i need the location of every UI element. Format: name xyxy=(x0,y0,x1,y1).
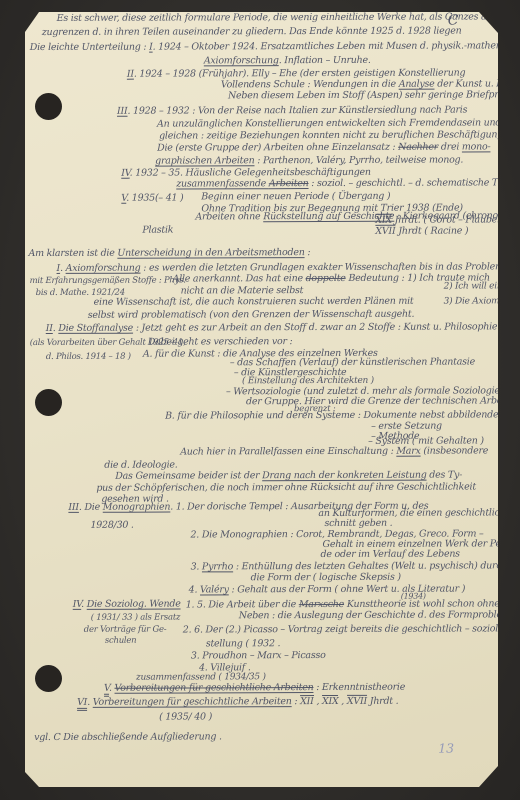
handwritten-text: 4. xyxy=(189,584,200,595)
handwritten-text: des Ty- xyxy=(427,470,463,481)
handwritten-text: Analyse xyxy=(399,79,435,90)
handwritten-line: 2) Ich will einen xyxy=(444,282,513,292)
handwritten-line: 3) Die Axiomatik xyxy=(444,297,516,307)
handwritten-line: V. Vorbereitungen für geschichtliche Arb… xyxy=(104,683,405,694)
handwritten-text: Das Gemeinsame beider ist der xyxy=(115,470,262,482)
handwritten-line: der Vorträge für Ge- xyxy=(84,626,167,636)
page-number: 13 xyxy=(438,742,454,756)
handwritten-text: II xyxy=(46,323,53,334)
handwritten-line: Dabei geht es verschieden vor : xyxy=(148,337,293,348)
photograph-background: C 13 Es ist schwer, diese zeitlich formu… xyxy=(0,0,520,800)
handwritten-text: Pyrrho xyxy=(202,561,233,572)
handwritten-text: (insbesondere xyxy=(421,445,489,456)
handwritten-text: Die Stoffanalyse xyxy=(58,323,133,334)
handwritten-text: . Inflation – Unruhe. xyxy=(279,55,371,66)
handwritten-line: zusammenfassende Arbeiten : soziol. – ge… xyxy=(176,178,520,190)
handwritten-text: drei xyxy=(438,142,462,153)
handwritten-line: Alle anerkannt. Das hat eine doppelte Be… xyxy=(173,273,490,285)
handwritten-text: III xyxy=(117,106,128,117)
handwritten-text: Neben diesem Leben im Stoff (Aspen) sehr… xyxy=(228,89,520,101)
handwritten-line: Das Gemeinsame beider ist der Drang nach… xyxy=(115,471,462,483)
handwritten-line: graphischen Arbeiten : Parthenon, Valéry… xyxy=(155,156,463,168)
handwritten-text: , xyxy=(314,696,322,707)
handwritten-text: : Gehalt aus der Form ( ohne Wert u. als… xyxy=(229,584,465,596)
handwritten-line: der Gruppe. Hier wird die Grenze der tec… xyxy=(246,396,509,407)
handwritten-text: 1. 5. Die Arbeit über die xyxy=(186,599,299,610)
handwritten-text: Alle anerkannt. Das hat eine xyxy=(173,273,306,284)
handwritten-line: An unzulänglichen Konstellierungen entwi… xyxy=(157,118,520,130)
handwritten-text: 2) Ich will einen xyxy=(444,281,513,291)
handwritten-text: : Enthüllung des letzten Gehaltes (Welt … xyxy=(233,560,507,572)
handwritten-line: IV. Die Soziolog. Wende xyxy=(73,600,181,611)
handwritten-text: schulen xyxy=(105,636,137,646)
handwritten-text: : xyxy=(292,696,301,707)
handwritten-text: Arbeiten xyxy=(269,178,309,189)
handwritten-text: ( 1935/ 40 ) xyxy=(159,711,212,722)
handwritten-line: Es ist schwer, diese zeitlich formulare … xyxy=(57,12,496,24)
handwritten-text: : Jetzt geht es zur Arbeit an den Stoff … xyxy=(133,321,497,333)
handwritten-line: Axiomforschung. Inflation – Unruhe. xyxy=(204,56,371,67)
handwritten-text: eine Wissenschaft ist, die auch konstrui… xyxy=(94,296,414,308)
handwritten-text: XVII xyxy=(347,695,367,707)
handwritten-text: Nachher xyxy=(398,142,438,153)
handwritten-line: die Form der ( logische Skepsis ) xyxy=(251,573,401,584)
handwritten-text: Vollendens Schule : Wendungen in die xyxy=(221,79,399,91)
handwritten-text: gleichen : zeitige Beziehungen konnten n… xyxy=(159,129,514,141)
handwritten-text: Neben : die Auslegung der Geschichte d. … xyxy=(239,609,515,621)
handwritten-line: Neben : die Auslegung der Geschichte d. … xyxy=(239,610,515,621)
handwritten-text: ( 1931/ 33 ) als Ersatz xyxy=(91,613,180,623)
handwritten-text: schnitt geben . xyxy=(324,518,392,529)
handwritten-text: selbst wird problematisch (von den Grenz… xyxy=(88,309,415,321)
handwritten-text: Arbeiten ohne xyxy=(195,211,263,222)
handwritten-text: Plastik xyxy=(142,225,173,236)
handwritten-text: stellung ( 1932 . xyxy=(206,638,280,649)
handwritten-text: . 1928 – 1932 : Von der Reise nach Itali… xyxy=(127,105,467,117)
manuscript-page: C 13 Es ist schwer, diese zeitlich formu… xyxy=(25,12,498,787)
handwritten-line: Auch hier in Parallelfassen eine Einscha… xyxy=(180,446,488,458)
handwritten-text: III xyxy=(68,502,79,513)
handwritten-line: Die (erste Gruppe der) Arbeiten ohne Ein… xyxy=(157,142,490,154)
handwritten-line: ( 1931/ 33 ) als Ersatz xyxy=(91,614,180,624)
handwritten-text: der Gruppe. Hier wird die Grenze der tec… xyxy=(246,395,509,407)
handwritten-text: zusammenfassend ( 1934/35 ) xyxy=(136,672,266,682)
handwritten-text: 3. Proudhon – Marx – Picasso xyxy=(191,650,326,661)
handwritten-text: : Parthenon, Valéry, Pyrrho, teilweise m… xyxy=(254,155,463,167)
handwritten-text: Am klarsten ist die xyxy=(28,248,117,259)
handwritten-text: zugrenzen d. in ihren Teilen auseinander… xyxy=(42,26,462,38)
handwritten-text: pus der Schöpferischen, die noch immer o… xyxy=(96,481,476,493)
handwritten-text: mono- xyxy=(462,141,491,152)
handwritten-text: Valéry xyxy=(200,584,229,595)
handwritten-text: Marx xyxy=(396,446,420,457)
handwritten-text: Vorbereitungen für geschichtliche Arbeit… xyxy=(114,682,313,694)
handwritten-line: Plastik xyxy=(142,226,173,237)
handwritten-line: 2. 6. Der (2.) Picasso – Vortrag zeigt b… xyxy=(183,624,520,636)
handwritten-line: XVII Jhrdt ( Racine ) xyxy=(375,227,468,238)
handwritten-text: de oder im Verlauf des Lebens xyxy=(321,549,460,560)
handwritten-line: Beginn einer neuen Periode ( Übergang ) xyxy=(201,192,390,203)
handwritten-text: Auch hier in Parallelfassen eine Einscha… xyxy=(180,446,396,458)
handwritten-text: XII xyxy=(300,695,314,707)
handwritten-text: zusammenfassende xyxy=(176,178,269,189)
handwritten-text: der Kunst u. Philo. – xyxy=(434,78,520,89)
handwritten-line: pus der Schöpferischen, die noch immer o… xyxy=(96,482,476,494)
handwritten-line: 3. Proudhon – Marx – Picasso xyxy=(191,651,326,662)
handwritten-text: Jhrdt ( Racine ) xyxy=(396,226,469,237)
handwritten-text: Die (erste Gruppe der) Arbeiten ohne Ein… xyxy=(157,142,398,154)
handwritten-line: III. 1928 – 1932 : Von der Reise nach It… xyxy=(117,106,467,118)
handwritten-text: Monographien xyxy=(103,502,171,513)
handwritten-line: Neben diesem Leben im Stoff (Aspen) sehr… xyxy=(228,90,520,101)
handwritten-line: Die leichte Unterteilung : I. 1924 – Okt… xyxy=(30,41,508,53)
handwritten-text: die d. Ideologie. xyxy=(104,460,177,471)
handwritten-text: . 1932 – 35. Häusliche Gelegenheitsbesch… xyxy=(130,167,371,179)
handwritten-text: Jhrdt . xyxy=(367,696,398,707)
handwritten-line: eine Wissenschaft ist, die auch konstrui… xyxy=(94,297,414,309)
handwritten-text: die Form der ( logische Skepsis ) xyxy=(251,572,401,584)
handwritten-text: : Erkenntnistheorie xyxy=(313,682,405,693)
handwritten-text: d. Philos. 1914 – 18 ) xyxy=(46,352,131,362)
handwritten-text: Kunsttheorie ist wohl schon ohne xyxy=(344,598,500,610)
handwritten-line: d. Philos. 1914 – 18 ) xyxy=(46,353,131,363)
handwritten-line: VI. Vorbereitungen für geschichtliche Ar… xyxy=(77,697,398,709)
handwritten-text: Beginn einer neuen Periode ( Übergang ) xyxy=(201,191,390,203)
handwritten-text: Axiomforschung xyxy=(204,55,279,66)
handwritten-text: Jhrdt. ( Corot – Flaubert ) xyxy=(392,214,511,225)
handwritten-text: Es ist schwer, diese zeitlich formulare … xyxy=(57,11,496,24)
handwritten-line: selbst wird problematisch (von den Grenz… xyxy=(88,310,415,322)
handwritten-line: gleichen : zeitige Beziehungen konnten n… xyxy=(159,130,514,142)
handwritten-text: XVII xyxy=(375,225,395,237)
handwritten-text: B. für die Philosophie und deren Systeme… xyxy=(165,409,504,421)
handwritten-text: der Vorträge für Ge- xyxy=(84,625,167,635)
handwriting-layer: C 13 Es ist schwer, diese zeitlich formu… xyxy=(0,0,520,800)
handwritten-text: Vorbereitungen für geschichtliche Arbeit… xyxy=(93,696,292,708)
handwritten-text: vgl. C Die abschließende Aufgliederung . xyxy=(34,731,222,743)
handwritten-text: Drang nach der konkreten Leistung xyxy=(262,470,426,482)
handwritten-line: Am klarsten ist die Unterscheidung in de… xyxy=(28,248,310,259)
handwritten-text: . Die xyxy=(79,502,103,513)
handwritten-text: doppelte xyxy=(306,273,346,284)
handwritten-line: B. für die Philosophie und deren Systeme… xyxy=(165,410,504,422)
handwritten-text: ( Einstellung des Architekten ) xyxy=(242,376,374,386)
handwritten-text: nicht an die Materie selbst xyxy=(181,285,304,296)
handwritten-text: XIX xyxy=(322,695,339,707)
handwritten-line: V. 1935(– 41 ) xyxy=(121,193,183,204)
handwritten-line: stellung ( 1932 . xyxy=(206,639,280,650)
handwritten-text: : xyxy=(305,247,311,258)
handwritten-text: , xyxy=(339,696,347,707)
handwritten-text: . 1924 – Oktober 1924. Ersatzamtliches L… xyxy=(153,40,508,52)
handwritten-text: graphischen Arbeiten xyxy=(155,155,254,166)
handwritten-text: Die Soziolog. Wende xyxy=(87,599,181,610)
handwritten-text: Axiomforschung xyxy=(66,263,141,274)
handwritten-line: zugrenzen d. in ihren Teilen auseinander… xyxy=(42,27,462,39)
handwritten-line: 1928/30 . xyxy=(90,521,133,532)
handwritten-text: II xyxy=(127,69,134,80)
handwritten-line: de oder im Verlauf des Lebens xyxy=(321,550,460,561)
handwritten-text: Die leichte Unterteilung : xyxy=(30,42,149,53)
handwritten-line: schulen xyxy=(105,637,137,646)
handwritten-text: An unzulänglichen Konstellierungen entwi… xyxy=(157,117,520,129)
handwritten-line: II. Die Stoffanalyse : Jetzt geht es zur… xyxy=(46,322,498,334)
handwritten-text: Marxsche xyxy=(299,599,344,610)
handwritten-text: 1928/30 . xyxy=(90,520,133,531)
handwritten-line: mit Erfahrungsgemäßen Stoffe : Phys. xyxy=(30,276,186,286)
handwritten-text: mit Erfahrungsgemäßen Stoffe : Phys. xyxy=(30,275,186,286)
handwritten-text: . 1935(– 41 ) xyxy=(126,192,183,203)
handwritten-line: ( 1935/ 40 ) xyxy=(159,712,212,723)
handwritten-text: 2. 6. Der (2.) Picasso – Vortrag zeigt b… xyxy=(183,623,520,635)
handwritten-line: vgl. C Die abschließende Aufgliederung . xyxy=(34,732,222,743)
handwritten-text: 3. xyxy=(191,561,202,572)
handwritten-text: 3) Die Axiomatik xyxy=(444,296,516,306)
handwritten-text: VI xyxy=(77,697,87,711)
handwritten-text: Unterscheidung in den Arbeitsmethoden xyxy=(117,247,304,259)
handwritten-text: Dabei geht es verschieden vor : xyxy=(148,336,293,348)
handwritten-text: : soziol. – geschichtl. – d. schematisch… xyxy=(309,177,520,189)
